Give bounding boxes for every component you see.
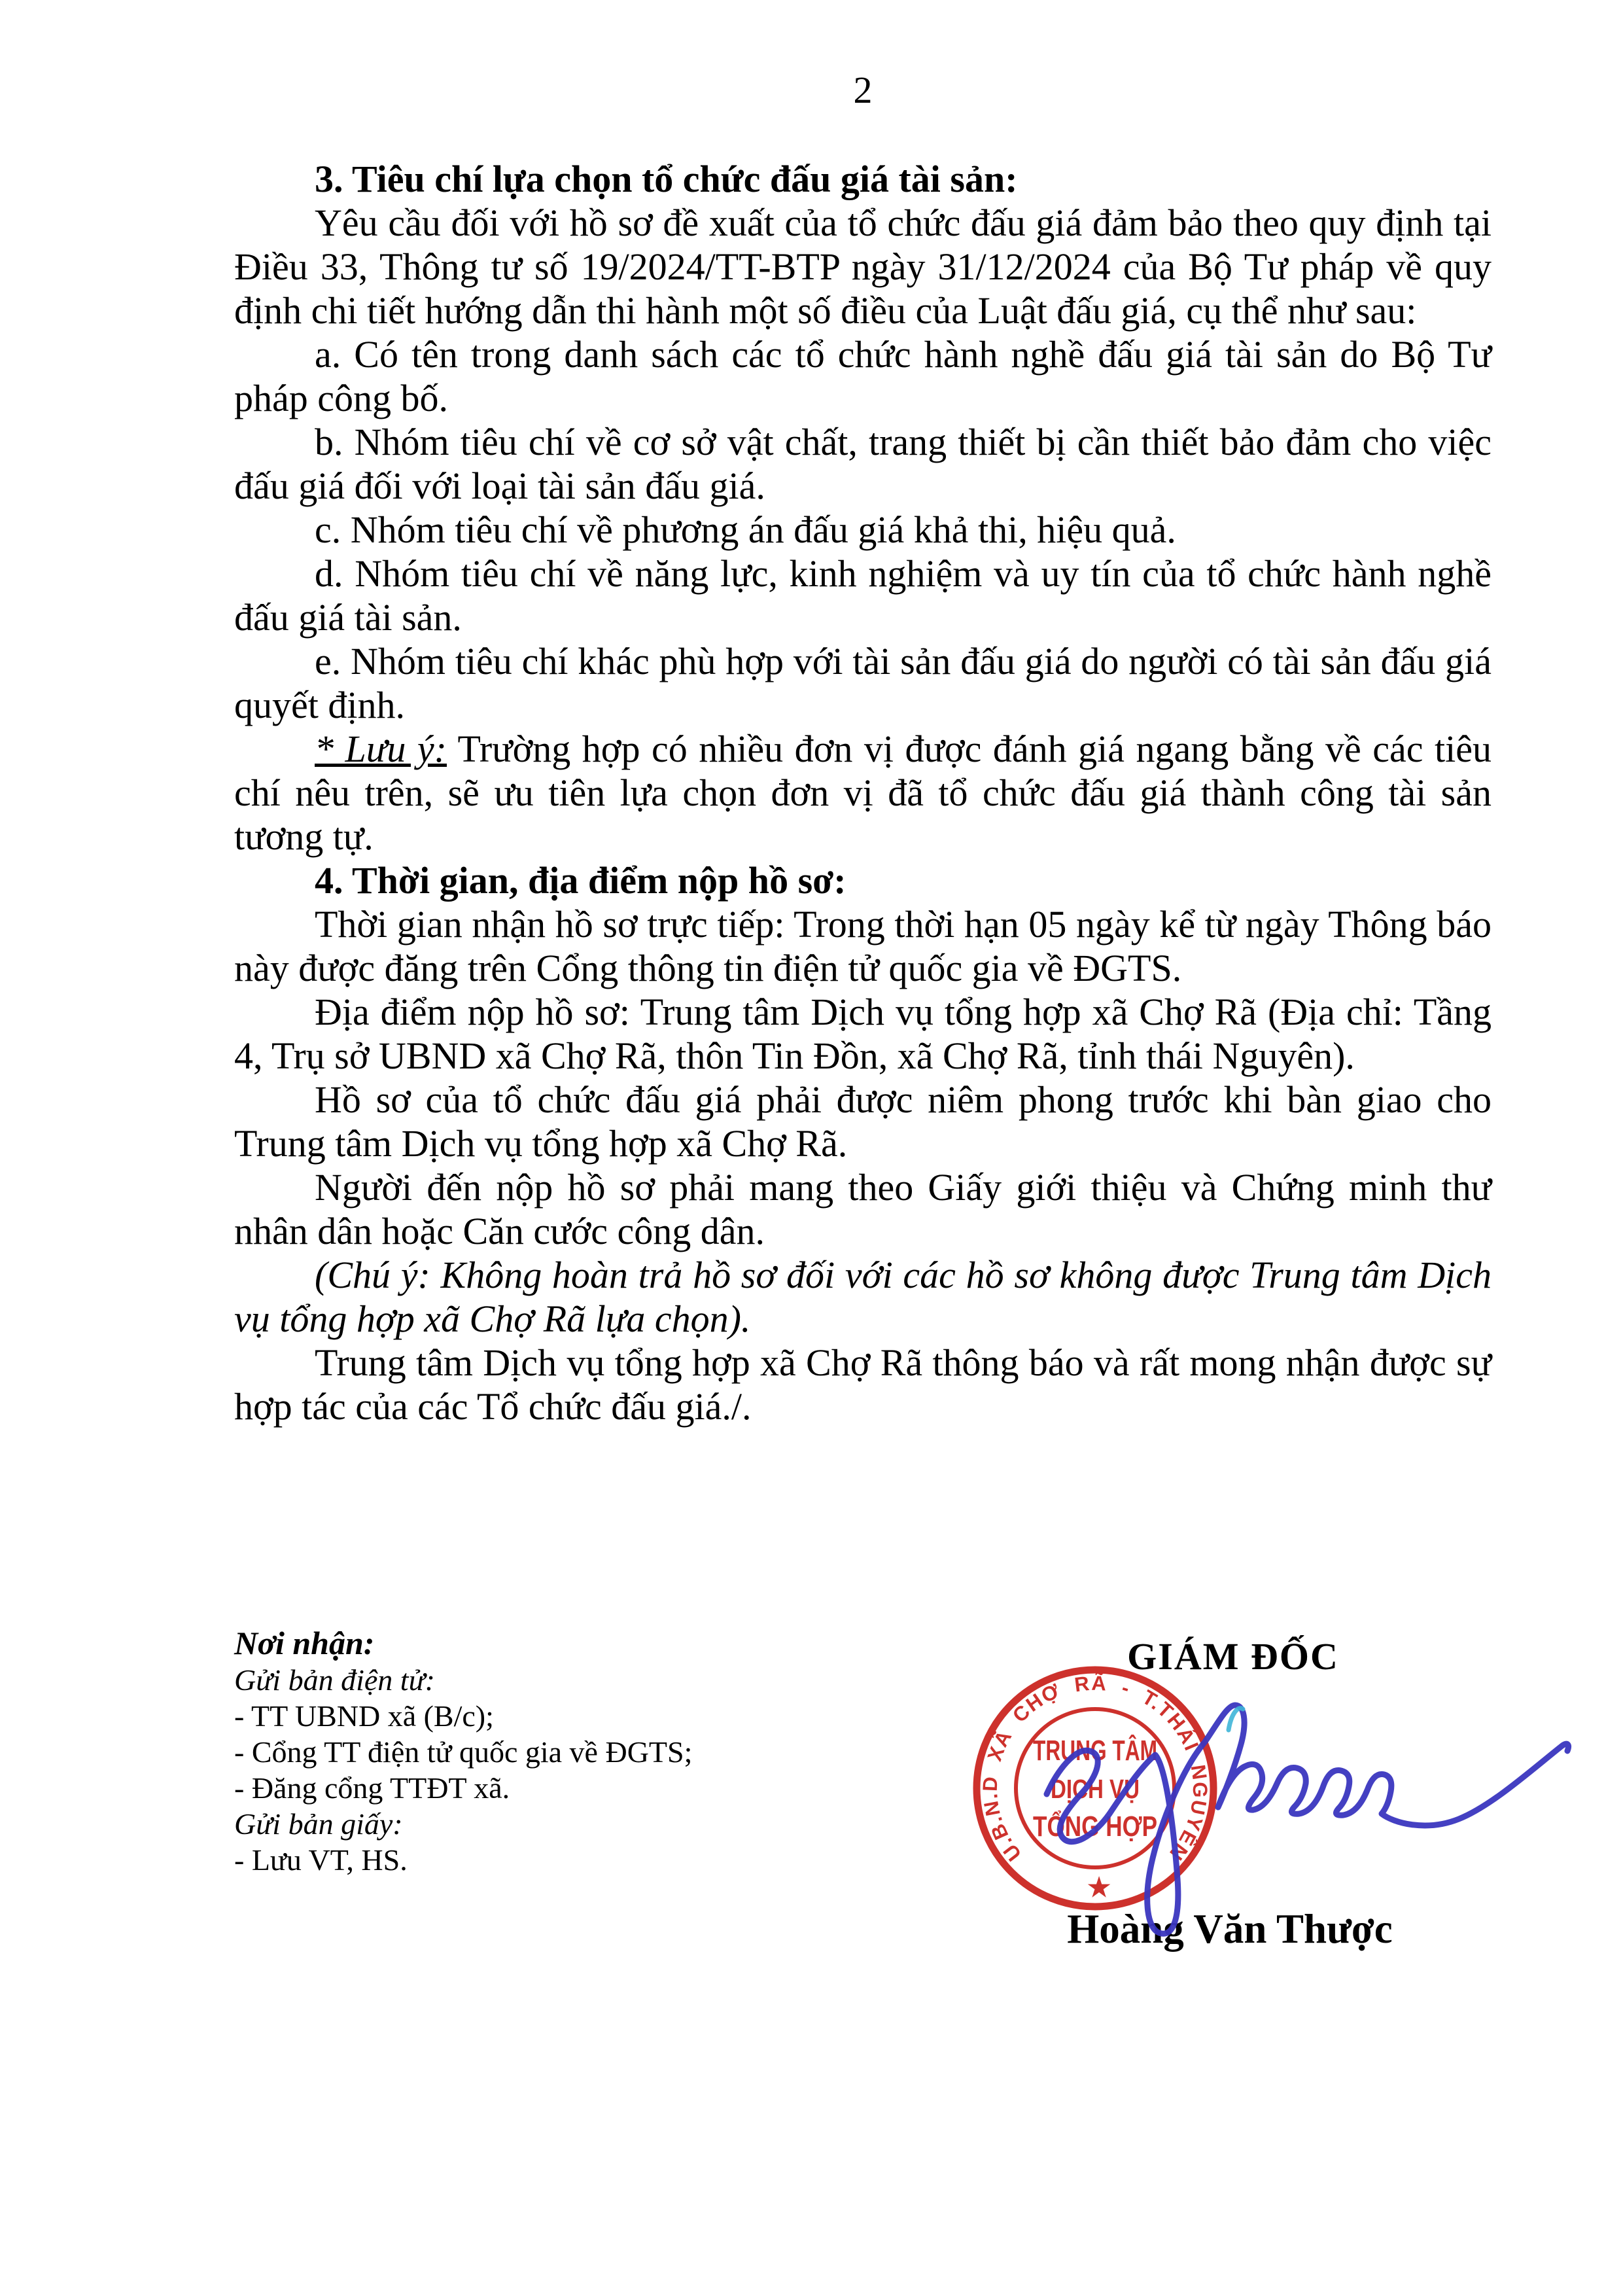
paragraph-time: Thời gian nhận hồ sơ trực tiếp: Trong th… bbox=[234, 902, 1492, 990]
signer-title: GIÁM ĐỐC bbox=[994, 1634, 1472, 1678]
stamp-ring-text: U.B.N.D XÃ CHỢ RÃ - T.THÁI NGUYÊN bbox=[979, 1672, 1212, 1865]
paragraph-criterion-e: e. Nhóm tiêu chí khác phù hợp với tài sả… bbox=[234, 639, 1492, 727]
paper-copy-label: Gửi bản giấy: bbox=[234, 1806, 823, 1842]
paragraph-place: Địa điểm nộp hồ sơ: Trung tâm Dịch vụ tổ… bbox=[234, 990, 1492, 1078]
signature bbox=[1047, 1705, 1569, 1934]
recipient-item: - Cổng TT điện tử quốc gia về ĐGTS; bbox=[234, 1734, 823, 1770]
stamp-outer-ring bbox=[977, 1670, 1213, 1907]
recipients-heading: Nơi nhận: bbox=[234, 1624, 823, 1662]
electronic-copy-label: Gửi bản điện tử: bbox=[234, 1662, 823, 1698]
recipient-item: - Lưu VT, HS. bbox=[234, 1842, 823, 1878]
document-page: 2 3. Tiêu chí lựa chọn tổ chức đấu giá t… bbox=[0, 0, 1623, 2296]
section-4-heading: 4. Thời gian, địa điểm nộp hồ sơ: bbox=[234, 858, 1492, 902]
paragraph-criterion-a: a. Có tên trong danh sách các tổ chức hà… bbox=[234, 332, 1492, 420]
document-body: 3. Tiêu chí lựa chọn tổ chức đấu giá tài… bbox=[234, 157, 1492, 1428]
section-3-heading: 3. Tiêu chí lựa chọn tổ chức đấu giá tài… bbox=[234, 157, 1492, 201]
stamp-star-icon: ★ bbox=[1087, 1873, 1111, 1902]
stamp-center-line-3: TỔNG HỢP bbox=[1033, 1809, 1157, 1843]
paragraph-person-requirement: Người đến nộp hồ sơ phải mang theo Giấy … bbox=[234, 1165, 1492, 1253]
paragraph-criterion-b: b. Nhóm tiêu chí về cơ sở vật chất, tran… bbox=[234, 420, 1492, 508]
paragraph-criterion-d: d. Nhóm tiêu chí về năng lực, kinh nghiệ… bbox=[234, 552, 1492, 639]
paragraph-seal-requirement: Hồ sơ của tổ chức đấu giá phải được niêm… bbox=[234, 1078, 1492, 1165]
stamp-center-line-1: TRUNG TÂM bbox=[1033, 1734, 1157, 1767]
official-stamp: U.B.N.D XÃ CHỢ RÃ - T.THÁI NGUYÊN TRUNG … bbox=[977, 1670, 1213, 1907]
recipients-block: Nơi nhận: Gửi bản điện tử: - TT UBND xã … bbox=[234, 1624, 823, 1878]
paragraph-criterion-c: c. Nhóm tiêu chí về phương án đấu giá kh… bbox=[234, 508, 1492, 552]
recipient-item: - TT UBND xã (B/c); bbox=[234, 1698, 823, 1734]
paragraph-chu-y: (Chú ý: Không hoàn trả hồ sơ đối với các… bbox=[234, 1253, 1492, 1341]
recipient-item: - Đăng cổng TTĐT xã. bbox=[234, 1770, 823, 1806]
signature-accent-stroke bbox=[1229, 1708, 1243, 1730]
paragraph-intro: Yêu cầu đối với hồ sơ đề xuất của tổ chứ… bbox=[234, 201, 1492, 332]
stamp-center-line-2: DỊCH VỤ bbox=[1051, 1774, 1140, 1804]
signature-stroke bbox=[1047, 1705, 1569, 1934]
paragraph-note-luu-y: * Lưu ý: Trường hợp có nhiều đơn vị được… bbox=[234, 727, 1492, 858]
paragraph-closing: Trung tâm Dịch vụ tổng hợp xã Chợ Rã thô… bbox=[234, 1341, 1492, 1428]
signer-name: Hoàng Văn Thược bbox=[981, 1905, 1478, 1953]
stamp-inner-ring bbox=[1016, 1709, 1174, 1867]
luu-y-label: * Lưu ý: bbox=[315, 728, 447, 770]
page-number: 2 bbox=[234, 68, 1492, 112]
